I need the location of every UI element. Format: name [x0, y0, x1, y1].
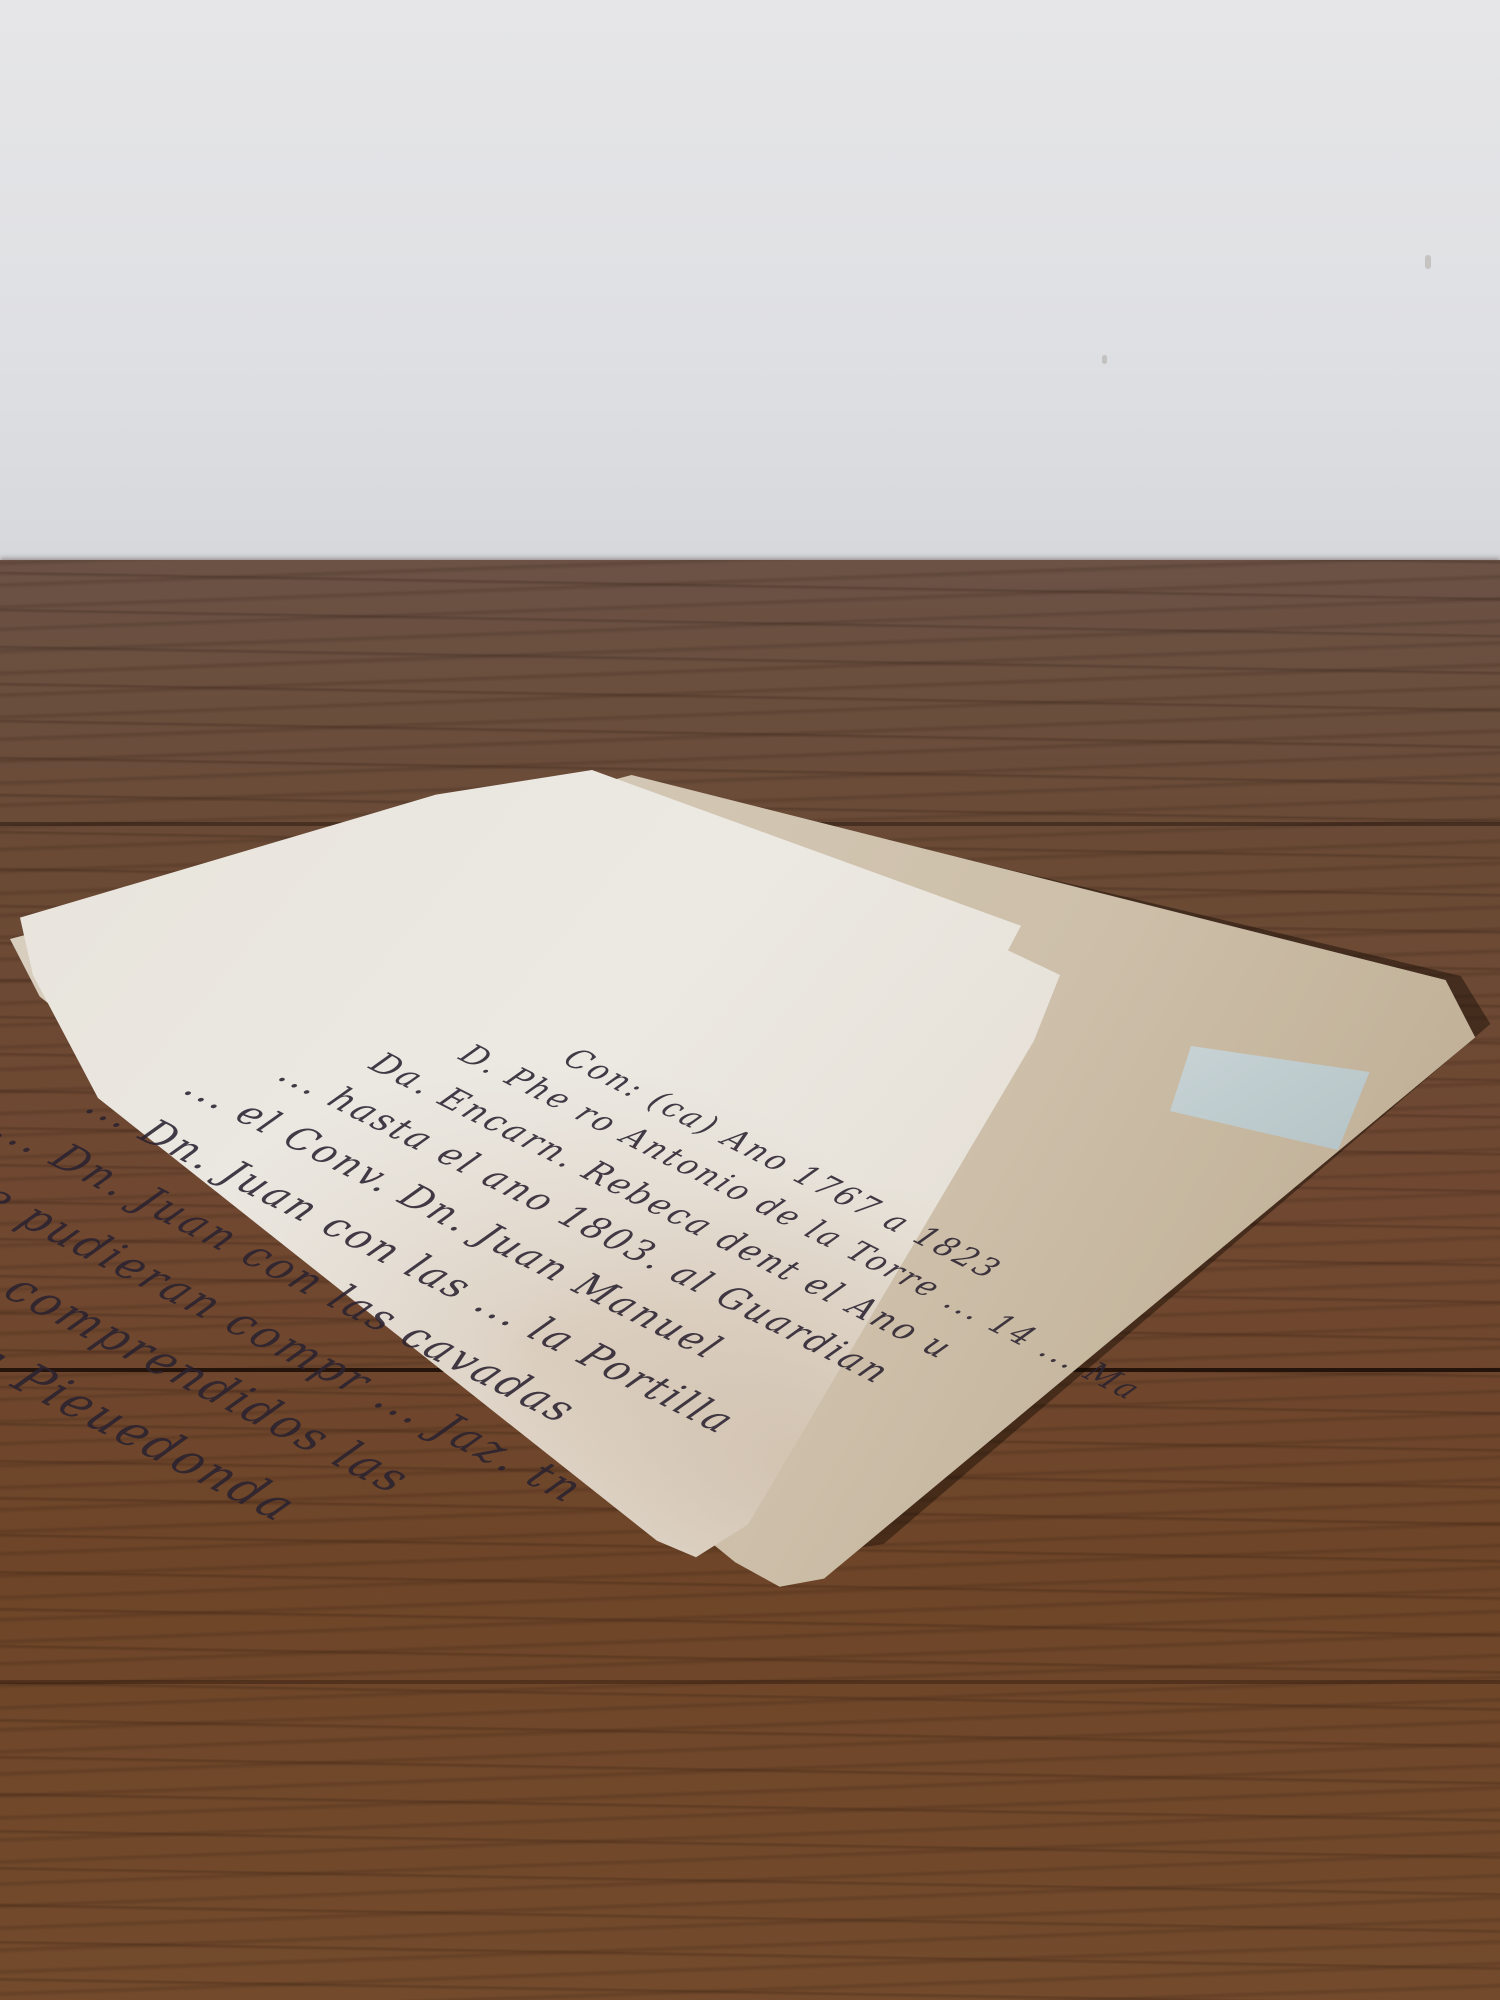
wall-mark [1425, 255, 1431, 269]
background-wall [0, 0, 1500, 560]
wall-mark [1102, 355, 1107, 364]
